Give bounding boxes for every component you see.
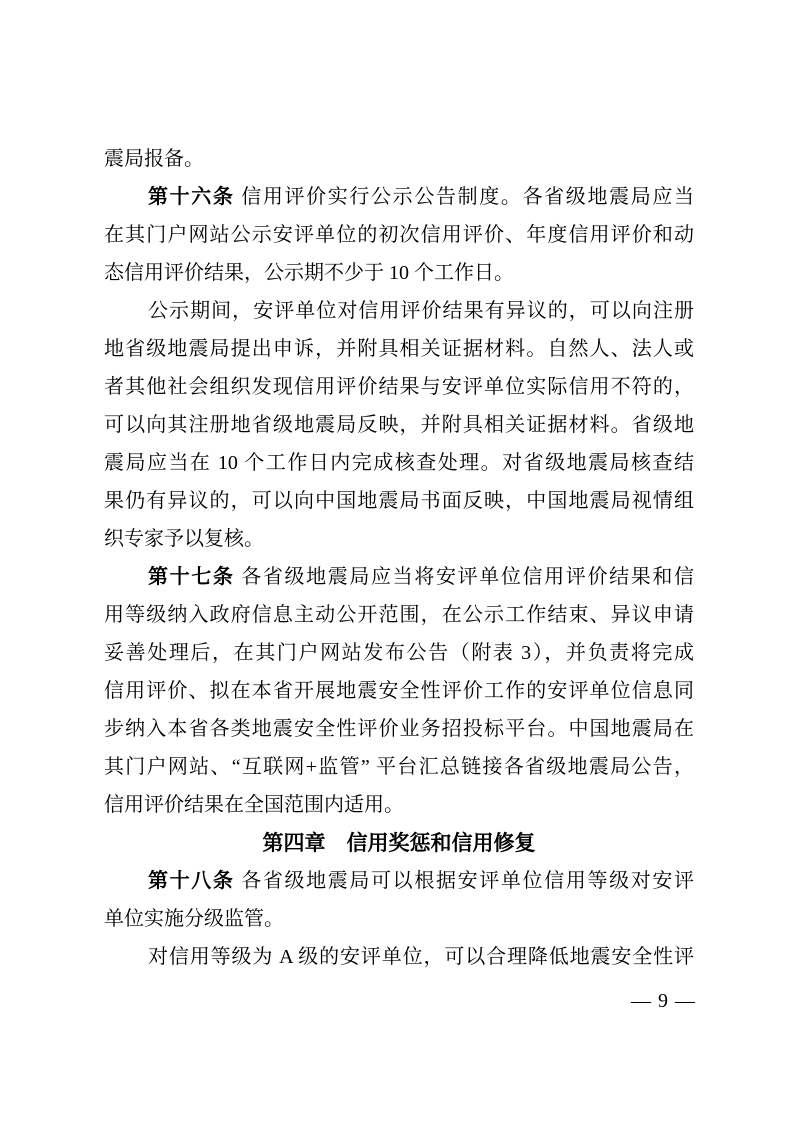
text-line: 信用评价结果在全国范围内适用。 (104, 786, 694, 824)
article-number: 第十八条 (148, 870, 235, 892)
text-segment: 公示期间，安评单位对信用评价结果有异议的，可以向注册 (148, 300, 694, 322)
text-line: 第十八条 各省级地震局可以根据安评单位信用等级对安评 (104, 862, 694, 900)
text-segment: 织专家予以复核。 (104, 528, 264, 550)
text-line: 态信用评价结果，公示期不少于 10 个工作日。 (104, 254, 694, 292)
text-segment: 各省级地震局可以根据安评单位信用等级对安评 (235, 870, 694, 892)
text-segment: 地省级地震局提出申诉，并附具相关证据材料。自然人、法人或 (104, 338, 694, 360)
text-line: 用等级纳入政府信息主动公开范围，在公示工作结束、异议申请 (104, 596, 694, 634)
text-segment: 在其门户网站公示安评单位的初次信用评价、年度信用评价和动 (104, 224, 694, 246)
text-segment: 果仍有异议的，可以向中国地震局书面反映，中国地震局视情组 (104, 490, 694, 512)
chapter-heading: 第四章 信用奖惩和信用修复 (104, 824, 694, 862)
text-line: 对信用等级为 A 级的安评单位，可以合理降低地震安全性评 (104, 938, 694, 976)
text-segment: 妥善处理后，在其门户网站发布公告（附表 3），并负责将完成 (104, 642, 694, 664)
text-line: 其门户网站、“互联网+监管” 平台汇总链接各省级地震局公告， (104, 748, 694, 786)
text-line: 妥善处理后，在其门户网站发布公告（附表 3），并负责将完成 (104, 634, 694, 672)
text-line: 震局应当在 10 个工作日内完成核查处理。对省级地震局核查结 (104, 444, 694, 482)
text-segment: 步纳入本省各类地震安全性评价业务招投标平台。中国地震局在 (104, 718, 694, 740)
text-line: 织专家予以复核。 (104, 520, 694, 558)
text-segment: 对信用等级为 A 级的安评单位，可以合理降低地震安全性评 (148, 946, 694, 968)
text-line: 地省级地震局提出申诉，并附具相关证据材料。自然人、法人或 (104, 330, 694, 368)
text-line: 公示期间，安评单位对信用评价结果有异议的，可以向注册 (104, 292, 694, 330)
chapter-heading-text: 第四章 信用奖惩和信用修复 (263, 831, 536, 855)
text-line: 第十七条 各省级地震局应当将安评单位信用评价结果和信 (104, 558, 694, 596)
text-segment: 震局应当在 10 个工作日内完成核查处理。对省级地震局核查结 (104, 452, 694, 474)
text-segment: 态信用评价结果，公示期不少于 10 个工作日。 (104, 262, 514, 284)
page-number: — 9 — (104, 988, 696, 1014)
article-number: 第十七条 (148, 566, 235, 588)
text-line: 可以向其注册地省级地震局反映，并附具相关证据材料。省级地 (104, 406, 694, 444)
text-segment: 信用评价、拟在本省开展地震安全性评价工作的安评单位信息同 (104, 680, 694, 702)
text-line: 步纳入本省各类地震安全性评价业务招投标平台。中国地震局在 (104, 710, 694, 748)
text-segment: 信用评价实行公示公告制度。各省级地震局应当 (235, 186, 694, 208)
text-segment: 各省级地震局应当将安评单位信用评价结果和信 (235, 566, 694, 588)
text-line: 信用评价、拟在本省开展地震安全性评价工作的安评单位信息同 (104, 672, 694, 710)
text-segment: 者其他社会组织发现信用评价结果与安评单位实际信用不符的， (104, 376, 694, 398)
text-line: 果仍有异议的，可以向中国地震局书面反映，中国地震局视情组 (104, 482, 694, 520)
text-line: 者其他社会组织发现信用评价结果与安评单位实际信用不符的， (104, 368, 694, 406)
document-body: 震局报备。第十六条 信用评价实行公示公告制度。各省级地震局应当在其门户网站公示安… (104, 140, 694, 976)
text-line: 在其门户网站公示安评单位的初次信用评价、年度信用评价和动 (104, 216, 694, 254)
text-segment: 用等级纳入政府信息主动公开范围，在公示工作结束、异议申请 (104, 604, 694, 626)
article-number: 第十六条 (148, 186, 235, 208)
document-page: 震局报备。第十六条 信用评价实行公示公告制度。各省级地震局应当在其门户网站公示安… (0, 0, 793, 1122)
text-segment: 震局报备。 (104, 148, 204, 170)
text-segment: 单位实施分级监管。 (104, 908, 284, 930)
text-segment: 其门户网站、“互联网+监管” 平台汇总链接各省级地震局公告， (104, 756, 694, 778)
text-line: 震局报备。 (104, 140, 694, 178)
text-segment: 信用评价结果在全国范围内适用。 (104, 794, 404, 816)
text-line: 第十六条 信用评价实行公示公告制度。各省级地震局应当 (104, 178, 694, 216)
text-line: 单位实施分级监管。 (104, 900, 694, 938)
text-segment: 可以向其注册地省级地震局反映，并附具相关证据材料。省级地 (104, 414, 694, 436)
